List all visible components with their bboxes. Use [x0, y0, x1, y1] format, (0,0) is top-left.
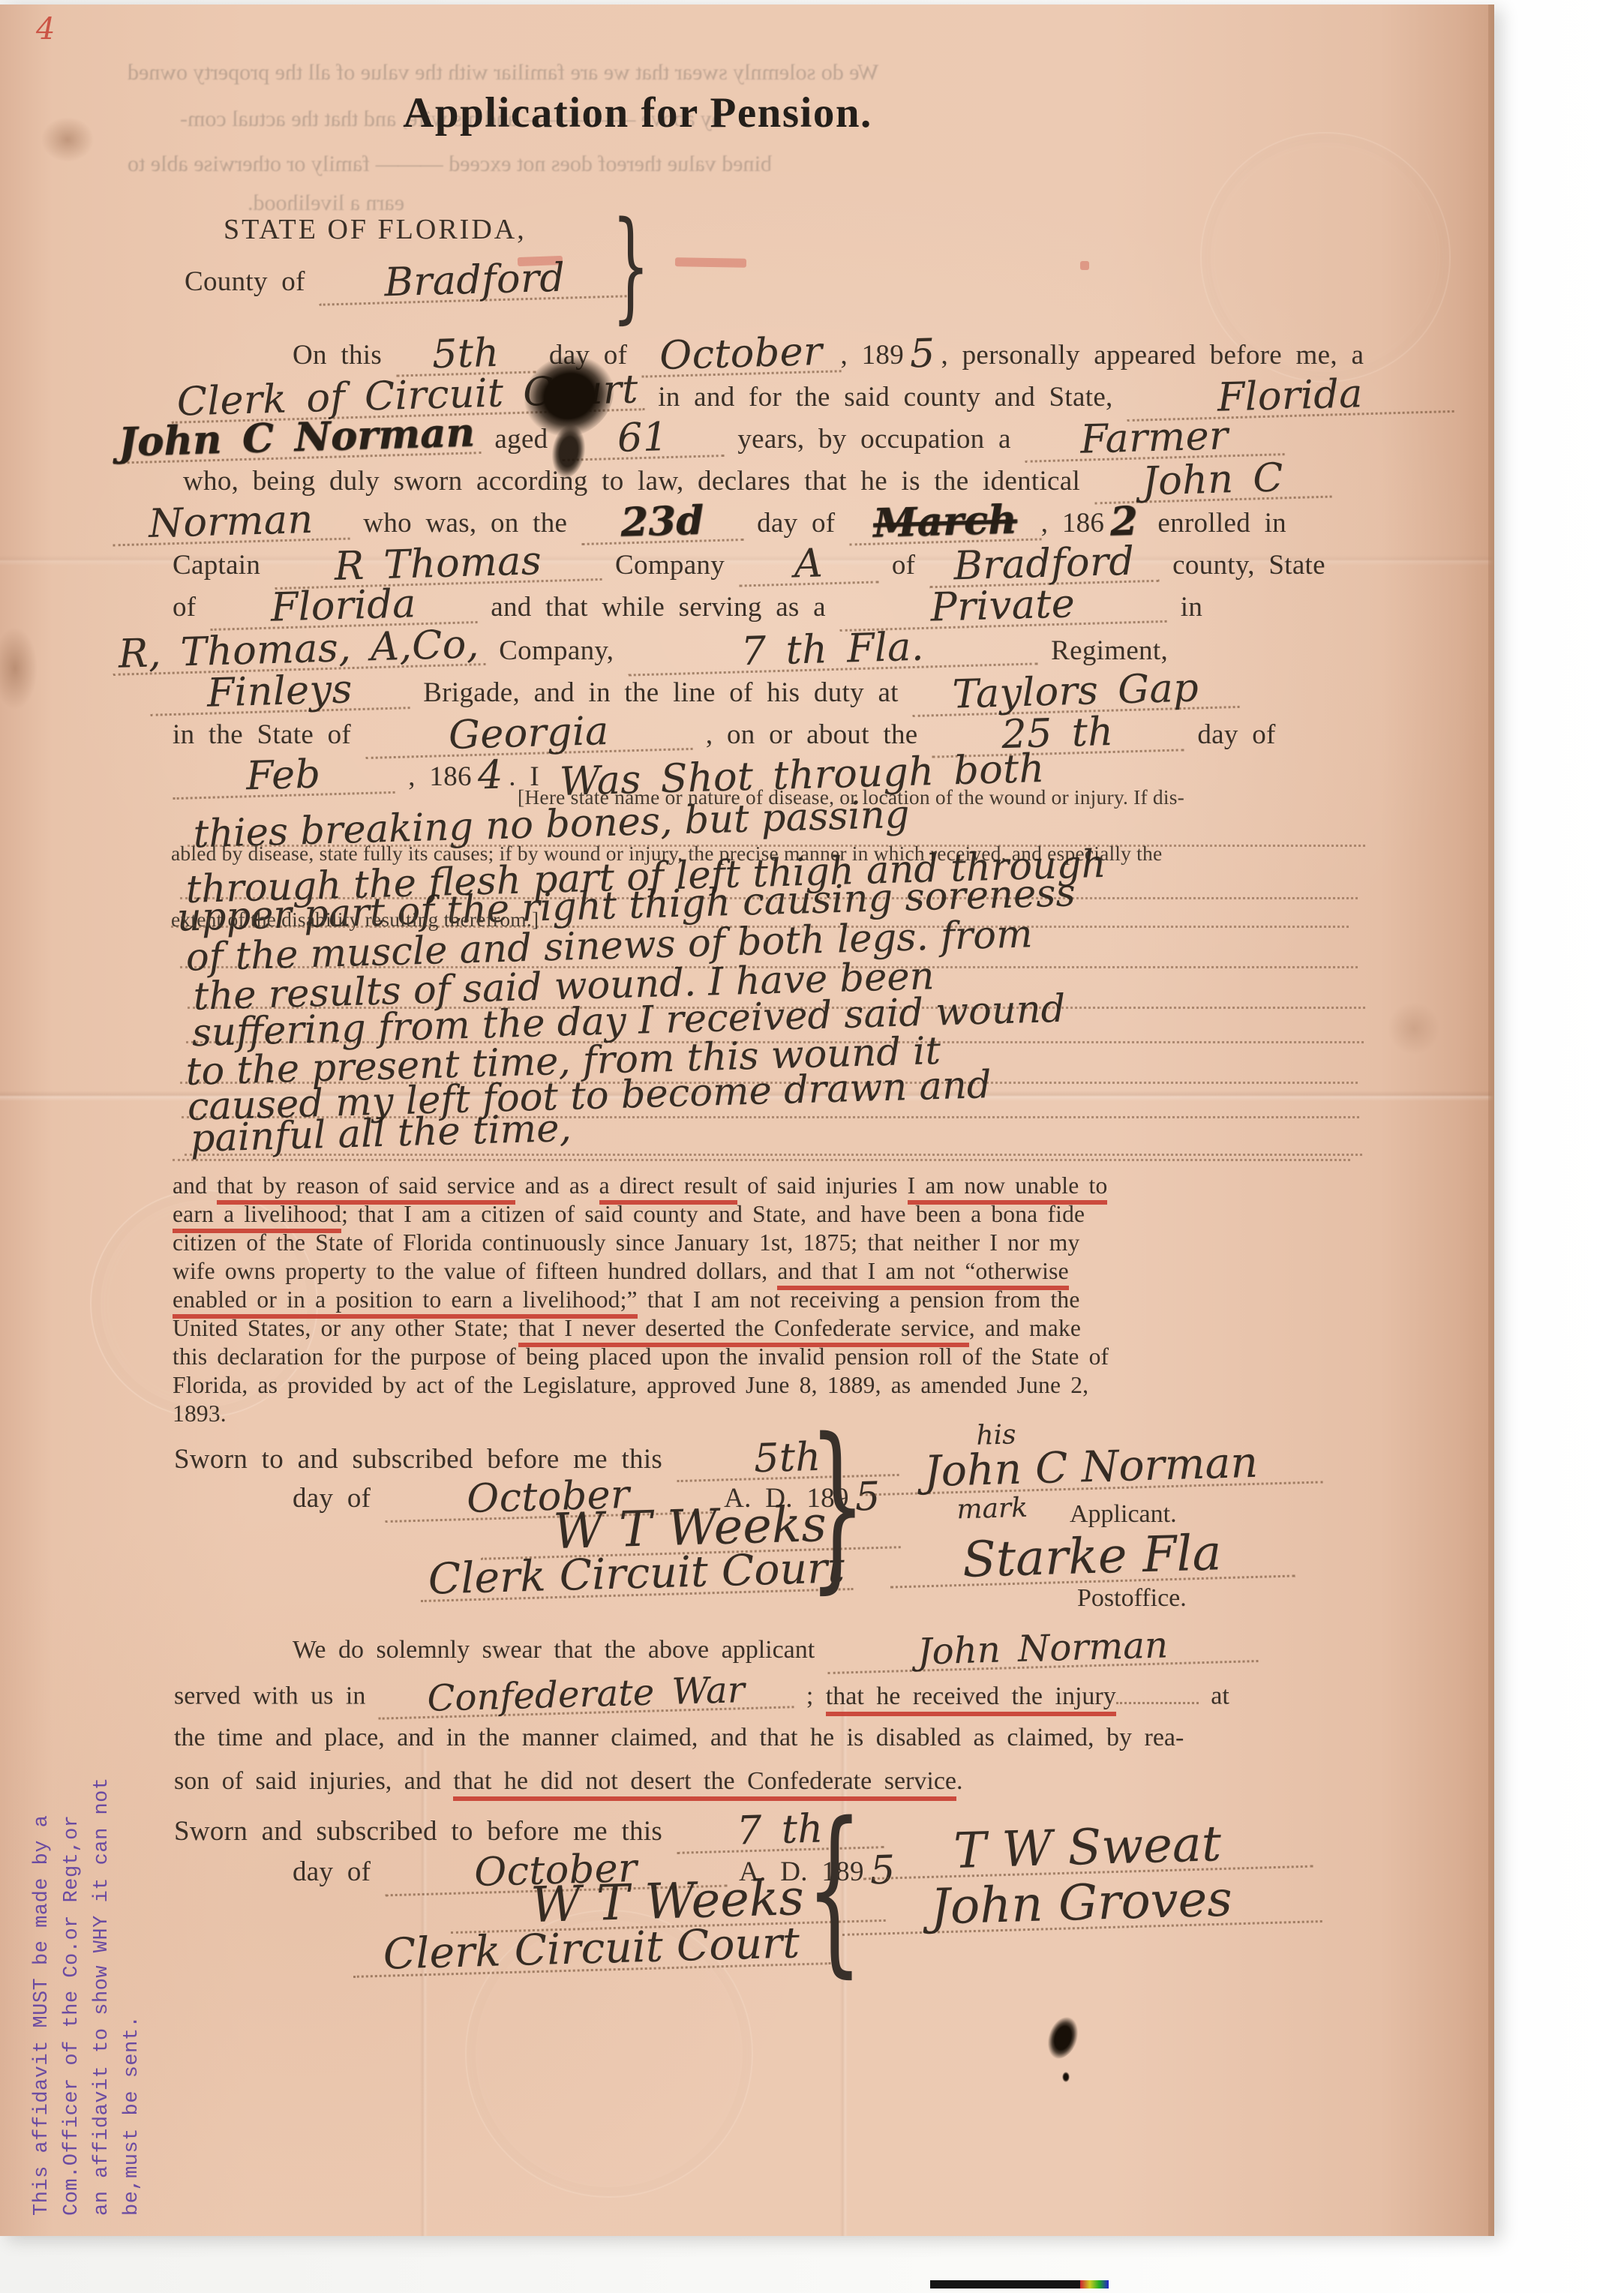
- declaration-line: 1893.: [173, 1401, 227, 1427]
- text-segment: Captain: [173, 550, 275, 581]
- county-brace: }: [611, 206, 650, 326]
- ink-blot: [1043, 2013, 1083, 2063]
- text-segment: who, being duly sworn according to law, …: [183, 466, 1094, 497]
- form-line-5: Norman who was, on the 23d day of March,…: [113, 506, 1286, 543]
- sworn2-line-1: Sworn and subscribed to before me this 7…: [174, 1814, 883, 1851]
- form-line-4: who, being duly sworn according to law, …: [183, 464, 1331, 501]
- scanned-pension-document: We do solemnly swear that we are familia…: [0, 0, 1624, 2293]
- text-segment: I am now unable to: [908, 1172, 1108, 1205]
- text-segment: and that while serving as a: [477, 592, 840, 623]
- form-line-8: R, Thomas, A,Co, Company, 7 th Fla. Regi…: [113, 633, 1168, 671]
- text-segment: John C Norman: [112, 416, 481, 464]
- text-segment: Regiment,: [1037, 635, 1168, 666]
- text-segment: citizen of the State of Florida continuo…: [173, 1229, 1079, 1256]
- bleed-through-text: earn a livelihood.: [248, 191, 404, 216]
- witness-line-2: served with us in Confederate War ; that…: [174, 1679, 1229, 1715]
- his-mark-his: his: [972, 1419, 1020, 1447]
- text-segment: of: [173, 592, 210, 623]
- form-line-3: John C Norman aged 61 years, by occupati…: [113, 422, 1284, 459]
- text-segment: 5: [903, 337, 941, 371]
- text-segment: day of: [293, 1856, 385, 1887]
- text-segment: March: [848, 503, 1041, 545]
- form-line-9: Finleys Brigade, and in the line of his …: [150, 675, 1239, 713]
- text-segment: that I am not receiving a pension from t…: [638, 1286, 1080, 1313]
- text-segment: that I never deserted the Confederate se…: [518, 1315, 968, 1347]
- text-segment: Brigade, and in the line of his duty at: [410, 677, 913, 708]
- form-line-7: of Florida and that while serving as a P…: [173, 590, 1202, 627]
- his-mark-mark: mark: [953, 1493, 1031, 1520]
- red-pen-mark: 4: [36, 12, 55, 47]
- text-segment: 1893.: [173, 1400, 227, 1427]
- text-segment: and as: [515, 1172, 599, 1199]
- text-segment: Georgia: [365, 713, 692, 759]
- text-segment: Company,: [485, 635, 628, 666]
- margin-note-line: This affidavit MUST be made by a: [27, 1541, 57, 2216]
- text-segment: in the State of: [173, 719, 365, 750]
- text-segment: who was, on the: [350, 508, 581, 539]
- text-segment: the time and place, and in the manner cl…: [174, 1724, 1184, 1751]
- state-heading: STATE OF FLORIDA,: [224, 213, 527, 246]
- margin-note-line: be,must be sent.: [117, 1541, 147, 2216]
- text-segment: T W Sweat: [862, 1821, 1313, 1880]
- declaration-line: wife owns property to the value of fifte…: [173, 1259, 1069, 1285]
- text-segment: of said injuries: [737, 1172, 908, 1199]
- text-segment: October: [641, 335, 841, 378]
- text-segment: county, State: [1159, 550, 1325, 581]
- postoffice-label: Postoffice.: [1077, 1584, 1187, 1613]
- fold-crease-vertical: [420, 1730, 428, 2236]
- text-segment: John Groves: [841, 1876, 1322, 1936]
- text-segment: of: [878, 550, 929, 581]
- red-stamp-residue: [675, 257, 746, 268]
- county-label: County of: [185, 266, 319, 297]
- text-segment: and: [173, 1172, 217, 1199]
- text-segment: in and for the said county and State,: [644, 382, 1127, 413]
- empty-ruled-line: [173, 1130, 1350, 1161]
- text-segment: , and make: [969, 1315, 1081, 1341]
- applicant-signature: John C Norman: [860, 1449, 1322, 1490]
- text-segment: earn a livelihood: [173, 1201, 341, 1233]
- form-line-10: in the State of Georgia , on or about th…: [173, 717, 1276, 755]
- declaration-line: Florida, as provided by act of the Legis…: [173, 1373, 1088, 1399]
- text-segment: , 189: [841, 340, 905, 371]
- text-segment: that he received the injury: [826, 1682, 1116, 1716]
- text-segment: ;: [794, 1682, 825, 1710]
- text-segment: Florida, as provided by act of the Legis…: [173, 1372, 1088, 1398]
- declaration-line: earn a livelihood; that I am a citizen o…: [173, 1202, 1085, 1228]
- text-segment: 7 th Fla.: [627, 627, 1037, 676]
- declaration-line: and that by reason of said service and a…: [173, 1173, 1107, 1199]
- text-segment: John C Norman: [859, 1442, 1322, 1496]
- text-segment: ; that I am a citizen of said county and…: [341, 1201, 1085, 1227]
- text-segment: in: [1166, 592, 1202, 623]
- text-segment: day of: [743, 508, 849, 539]
- paper-stain: [41, 117, 94, 162]
- text-segment: , personally appeared before me, a: [941, 340, 1364, 371]
- scan-edge-artifact-color: [1080, 2280, 1109, 2288]
- text-segment: , on or about the: [692, 719, 932, 750]
- text-segment: Clerk Circuit Court: [352, 1924, 830, 1978]
- margin-note-line: Com.Officer of the Co.or Regt,or: [57, 1541, 87, 2216]
- text-segment: this declaration for the purpose of bein…: [173, 1343, 1109, 1370]
- text-segment: served with us in: [174, 1682, 378, 1710]
- paper-stain: [1388, 1002, 1440, 1055]
- clerk-signature-title-2: Clerk Circuit Court: [353, 1931, 830, 1971]
- text-segment: A: [738, 545, 878, 587]
- text-segment: day of: [293, 1483, 385, 1514]
- text-segment: son of said injuries, and: [174, 1767, 453, 1795]
- text-segment: Company: [601, 550, 738, 581]
- declaration-line: citizen of the State of Florida continuo…: [173, 1230, 1079, 1256]
- margin-typewritten-note: This affidavit MUST be made by a Com.Off…: [27, 1541, 147, 2216]
- text-segment: On this: [293, 340, 396, 371]
- applicant-label: Applicant.: [1070, 1500, 1177, 1529]
- text-segment: 2: [1104, 505, 1145, 539]
- text-segment: enabled or in a position to earn a livel…: [173, 1286, 638, 1319]
- text-segment: enrolled in: [1144, 508, 1286, 539]
- text-segment: Finleys: [149, 671, 410, 716]
- text-segment: United States, or any other State;: [173, 1315, 518, 1341]
- text-segment: a direct result: [599, 1172, 737, 1205]
- county-value: Bradford: [319, 260, 632, 306]
- clerk-signature-title: Clerk Circuit Court: [420, 1556, 853, 1596]
- witness-line-3: the time and place, and in the manner cl…: [174, 1724, 1184, 1751]
- paper-stain: [0, 627, 38, 710]
- text-segment: that he did not desert the Confederate s…: [453, 1767, 956, 1801]
- text-segment: wife owns property to the value of fifte…: [173, 1258, 777, 1284]
- scan-edge-artifact: [930, 2280, 1080, 2288]
- declaration-line: enabled or in a position to earn a livel…: [173, 1287, 1080, 1313]
- text-segment: 4: [471, 758, 509, 793]
- text-segment: John Norman: [827, 1628, 1259, 1674]
- text-segment: Sworn and subscribed to before me this: [174, 1816, 677, 1847]
- text-segment: , 186: [395, 761, 472, 792]
- text-segment: [1116, 1679, 1199, 1704]
- text-segment: Feb: [172, 756, 395, 800]
- text-segment: at: [1199, 1682, 1229, 1710]
- paper-right-edge: [1488, 5, 1494, 2236]
- bleed-through-text: We do solemnly swear that we are familia…: [128, 60, 878, 86]
- declaration-line: this declaration for the purpose of bein…: [173, 1344, 1109, 1370]
- form-line-6: Captain R Thomas Company A of Bradford c…: [173, 548, 1325, 585]
- text-segment: and that I am not “otherwise: [777, 1258, 1068, 1290]
- bleed-through-text: bined value thereof does not exceed ——— …: [128, 152, 772, 177]
- witness2-signature: John Groves: [842, 1883, 1322, 1929]
- text-segment: Clerk Circuit Court: [419, 1550, 853, 1602]
- mark-text: mark: [953, 1496, 1032, 1522]
- form-line-1: On this 5th day of October, 1895, person…: [293, 338, 1364, 375]
- text-segment: Sworn to and subscribed before me this: [174, 1444, 677, 1475]
- postoffice-value: Starke Fla: [890, 1536, 1295, 1583]
- text-segment: We do solemnly swear that the above appl…: [293, 1636, 827, 1664]
- red-stamp-residue: [1080, 261, 1089, 270]
- text-segment: .: [956, 1767, 963, 1795]
- text-segment: , 186: [1041, 508, 1105, 539]
- text-segment: Starke Fla: [889, 1530, 1295, 1588]
- form-line-2: Clerk of Circuit Court in and for the sa…: [171, 380, 1454, 417]
- county-line: County of Bradford: [185, 264, 631, 302]
- declaration-line: United States, or any other State; that …: [173, 1316, 1081, 1342]
- text-segment: that by reason of said service: [217, 1172, 515, 1205]
- ink-blot: [1062, 2072, 1070, 2082]
- text-segment: day of: [1184, 719, 1276, 750]
- text-segment: Confederate War: [377, 1674, 794, 1721]
- sworn1-brace: }: [809, 1415, 866, 1595]
- witness-line-1: We do solemnly swear that the above appl…: [293, 1634, 1258, 1668]
- document-title: Application for Pension.: [225, 89, 1050, 137]
- text-segment: 23d: [581, 503, 743, 545]
- margin-note-line: an affidavit to show WHY it can not: [87, 1541, 117, 2216]
- text-segment: years, by occupation a: [724, 424, 1025, 455]
- paper-sheet: We do solemnly swear that we are familia…: [0, 5, 1494, 2236]
- text-segment: Norman: [112, 503, 350, 547]
- witness1-signature: T W Sweat: [863, 1827, 1313, 1874]
